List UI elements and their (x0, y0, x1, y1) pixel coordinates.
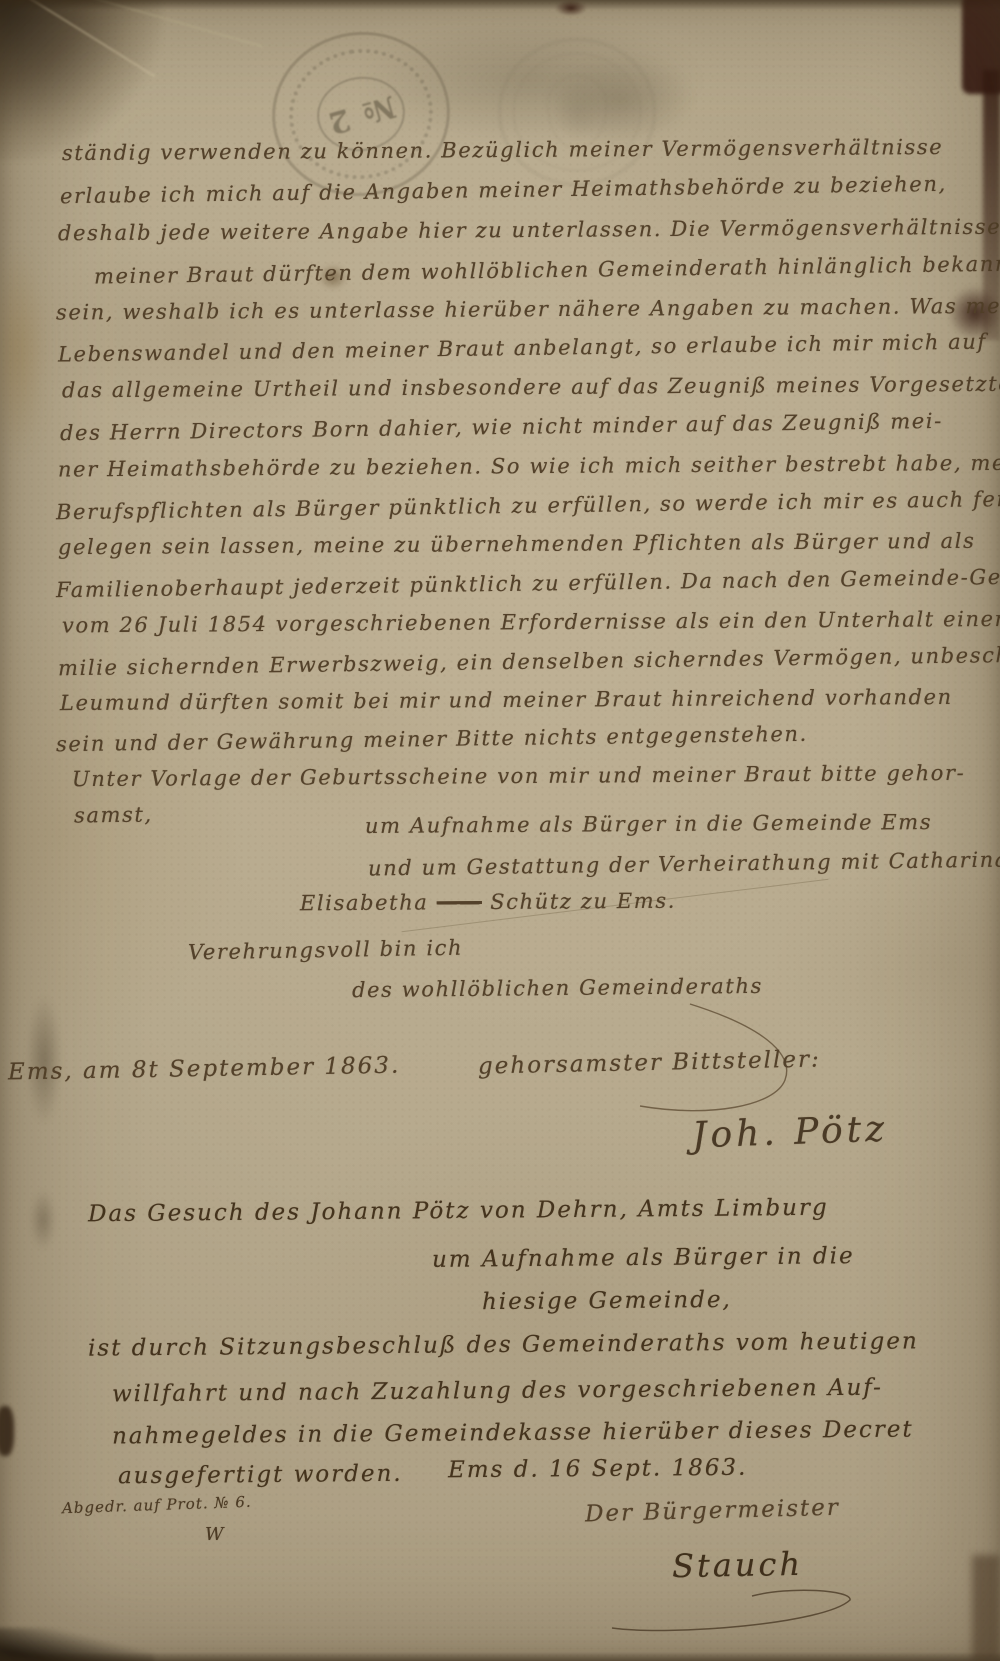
crossed-out-word: —— (437, 890, 482, 914)
handwritten-line: vom 26 Juli 1854 vorgeschriebenen Erford… (62, 607, 1000, 638)
request-line-with-correction: Elisabetha —— Schütz zu Ems. (300, 889, 676, 916)
decree-date: Ems d. 16 Sept. 1863. (448, 1455, 748, 1484)
handwritten-line: meiner Braut dürften dem wohllöblichen G… (94, 252, 1000, 289)
edge-stain (0, 246, 48, 456)
handwritten-line: des Herrn Directors Born dahier, wie nic… (60, 409, 943, 445)
stamp-number: № 2 (323, 88, 400, 141)
decree-line: Das Gesuch des Johann Pötz von Dehrn, Am… (88, 1195, 829, 1227)
decree-line: hiesige Gemeinde, (482, 1287, 732, 1315)
dark-bottom-edge (0, 1652, 1000, 1661)
handwritten-line: sein, weshalb ich es unterlasse hierüber… (56, 294, 1000, 325)
registry-note: Abgedr. auf Prot. № 6. (62, 1493, 252, 1518)
darkened-corner-bottom-right (972, 1555, 1000, 1661)
decree-line: willfahrt und nach Zuzahlung des vorgesc… (112, 1375, 883, 1408)
petitioner-signature: Joh. Pötz (691, 1109, 888, 1157)
petitioner-label: gehorsamster Bittsteller: (478, 1046, 821, 1079)
place-date-line: Ems, am 8t September 1863. (8, 1053, 401, 1086)
handwritten-line: das allgemeine Urtheil und insbesondere … (62, 372, 1000, 403)
handwritten-line: gelegen sein lassen, meine zu übernehmen… (58, 529, 976, 559)
stamp-ring-lettering (281, 40, 442, 189)
decree-line: nahmegeldes in die Gemeindekasse hierübe… (112, 1417, 914, 1450)
handwritten-line: sein und der Gewährung meiner Bitte nich… (56, 722, 808, 756)
valediction-line: Verehrungsvoll bin ich (188, 936, 464, 965)
handwritten-line: Unter Vorlage der Geburtsscheine von mir… (72, 761, 965, 791)
decree-line: ausgefertigt worden. (118, 1461, 403, 1489)
handwritten-line: Familienoberhaupt jederzeit pünktlich zu… (56, 564, 1000, 602)
mayor-signature: Stauch (672, 1545, 804, 1585)
handwritten-line: ner Heimathsbehörde zu beziehen. So wie … (58, 451, 1000, 482)
fold-crease (89, 0, 263, 48)
manuscript-page: № 2 ständig verwenden zu können. Bezügli… (0, 0, 1000, 1661)
handwritten-line: milie sichernden Erwerbszweig, ein dense… (58, 642, 1000, 681)
ink-smudge-stain (360, 18, 700, 143)
handwritten-line: Leumund dürften somit bei mir und meiner… (60, 685, 953, 715)
dark-speck (555, 0, 587, 16)
request-line: und um Gestattung der Verheirathung mit … (368, 848, 1000, 881)
margin-marks (30, 1190, 56, 1250)
fold-crease (27, 0, 155, 77)
handwritten-line: Berufspflichten als Bürger pünktlich zu … (56, 486, 1000, 525)
damaged-corner-bottom-left (0, 1628, 154, 1661)
decree-line: um Aufnahme als Bürger in die (432, 1243, 855, 1273)
dark-top-edge (0, 0, 1000, 10)
signer-title: Der Bürgermeister (585, 1495, 840, 1528)
embossed-paper-seal (498, 38, 656, 186)
damaged-corner-top-left (0, 0, 162, 160)
handwritten-line: deshalb jede weitere Angabe hier zu unte… (58, 215, 1000, 246)
request-line-part1: Elisabetha (300, 890, 429, 915)
request-line-part2: Schütz zu Ems. (490, 889, 676, 914)
handwritten-line: Lebenswandel und den meiner Braut anbela… (58, 330, 987, 367)
handwritten-line: erlaube ich mich auf die Angaben meiner … (60, 172, 947, 208)
ink-smudge-stain (545, 55, 695, 145)
dark-left-edge-spot (0, 1406, 14, 1456)
signature-flourish (600, 1580, 870, 1640)
clerk-paraph: W (205, 1524, 224, 1545)
handwritten-line: samst, (74, 802, 153, 827)
decree-line: ist durch Sitzungsbeschluß des Gemeinder… (88, 1328, 919, 1361)
request-line: um Aufnahme als Bürger in die Gemeinde E… (365, 810, 932, 838)
addressee-line: des wohllöblichen Gemeinderaths (352, 974, 763, 1002)
handwritten-line: ständig verwenden zu können. Bezüglich m… (62, 135, 943, 165)
damaged-corner-top-right (962, 0, 1000, 94)
